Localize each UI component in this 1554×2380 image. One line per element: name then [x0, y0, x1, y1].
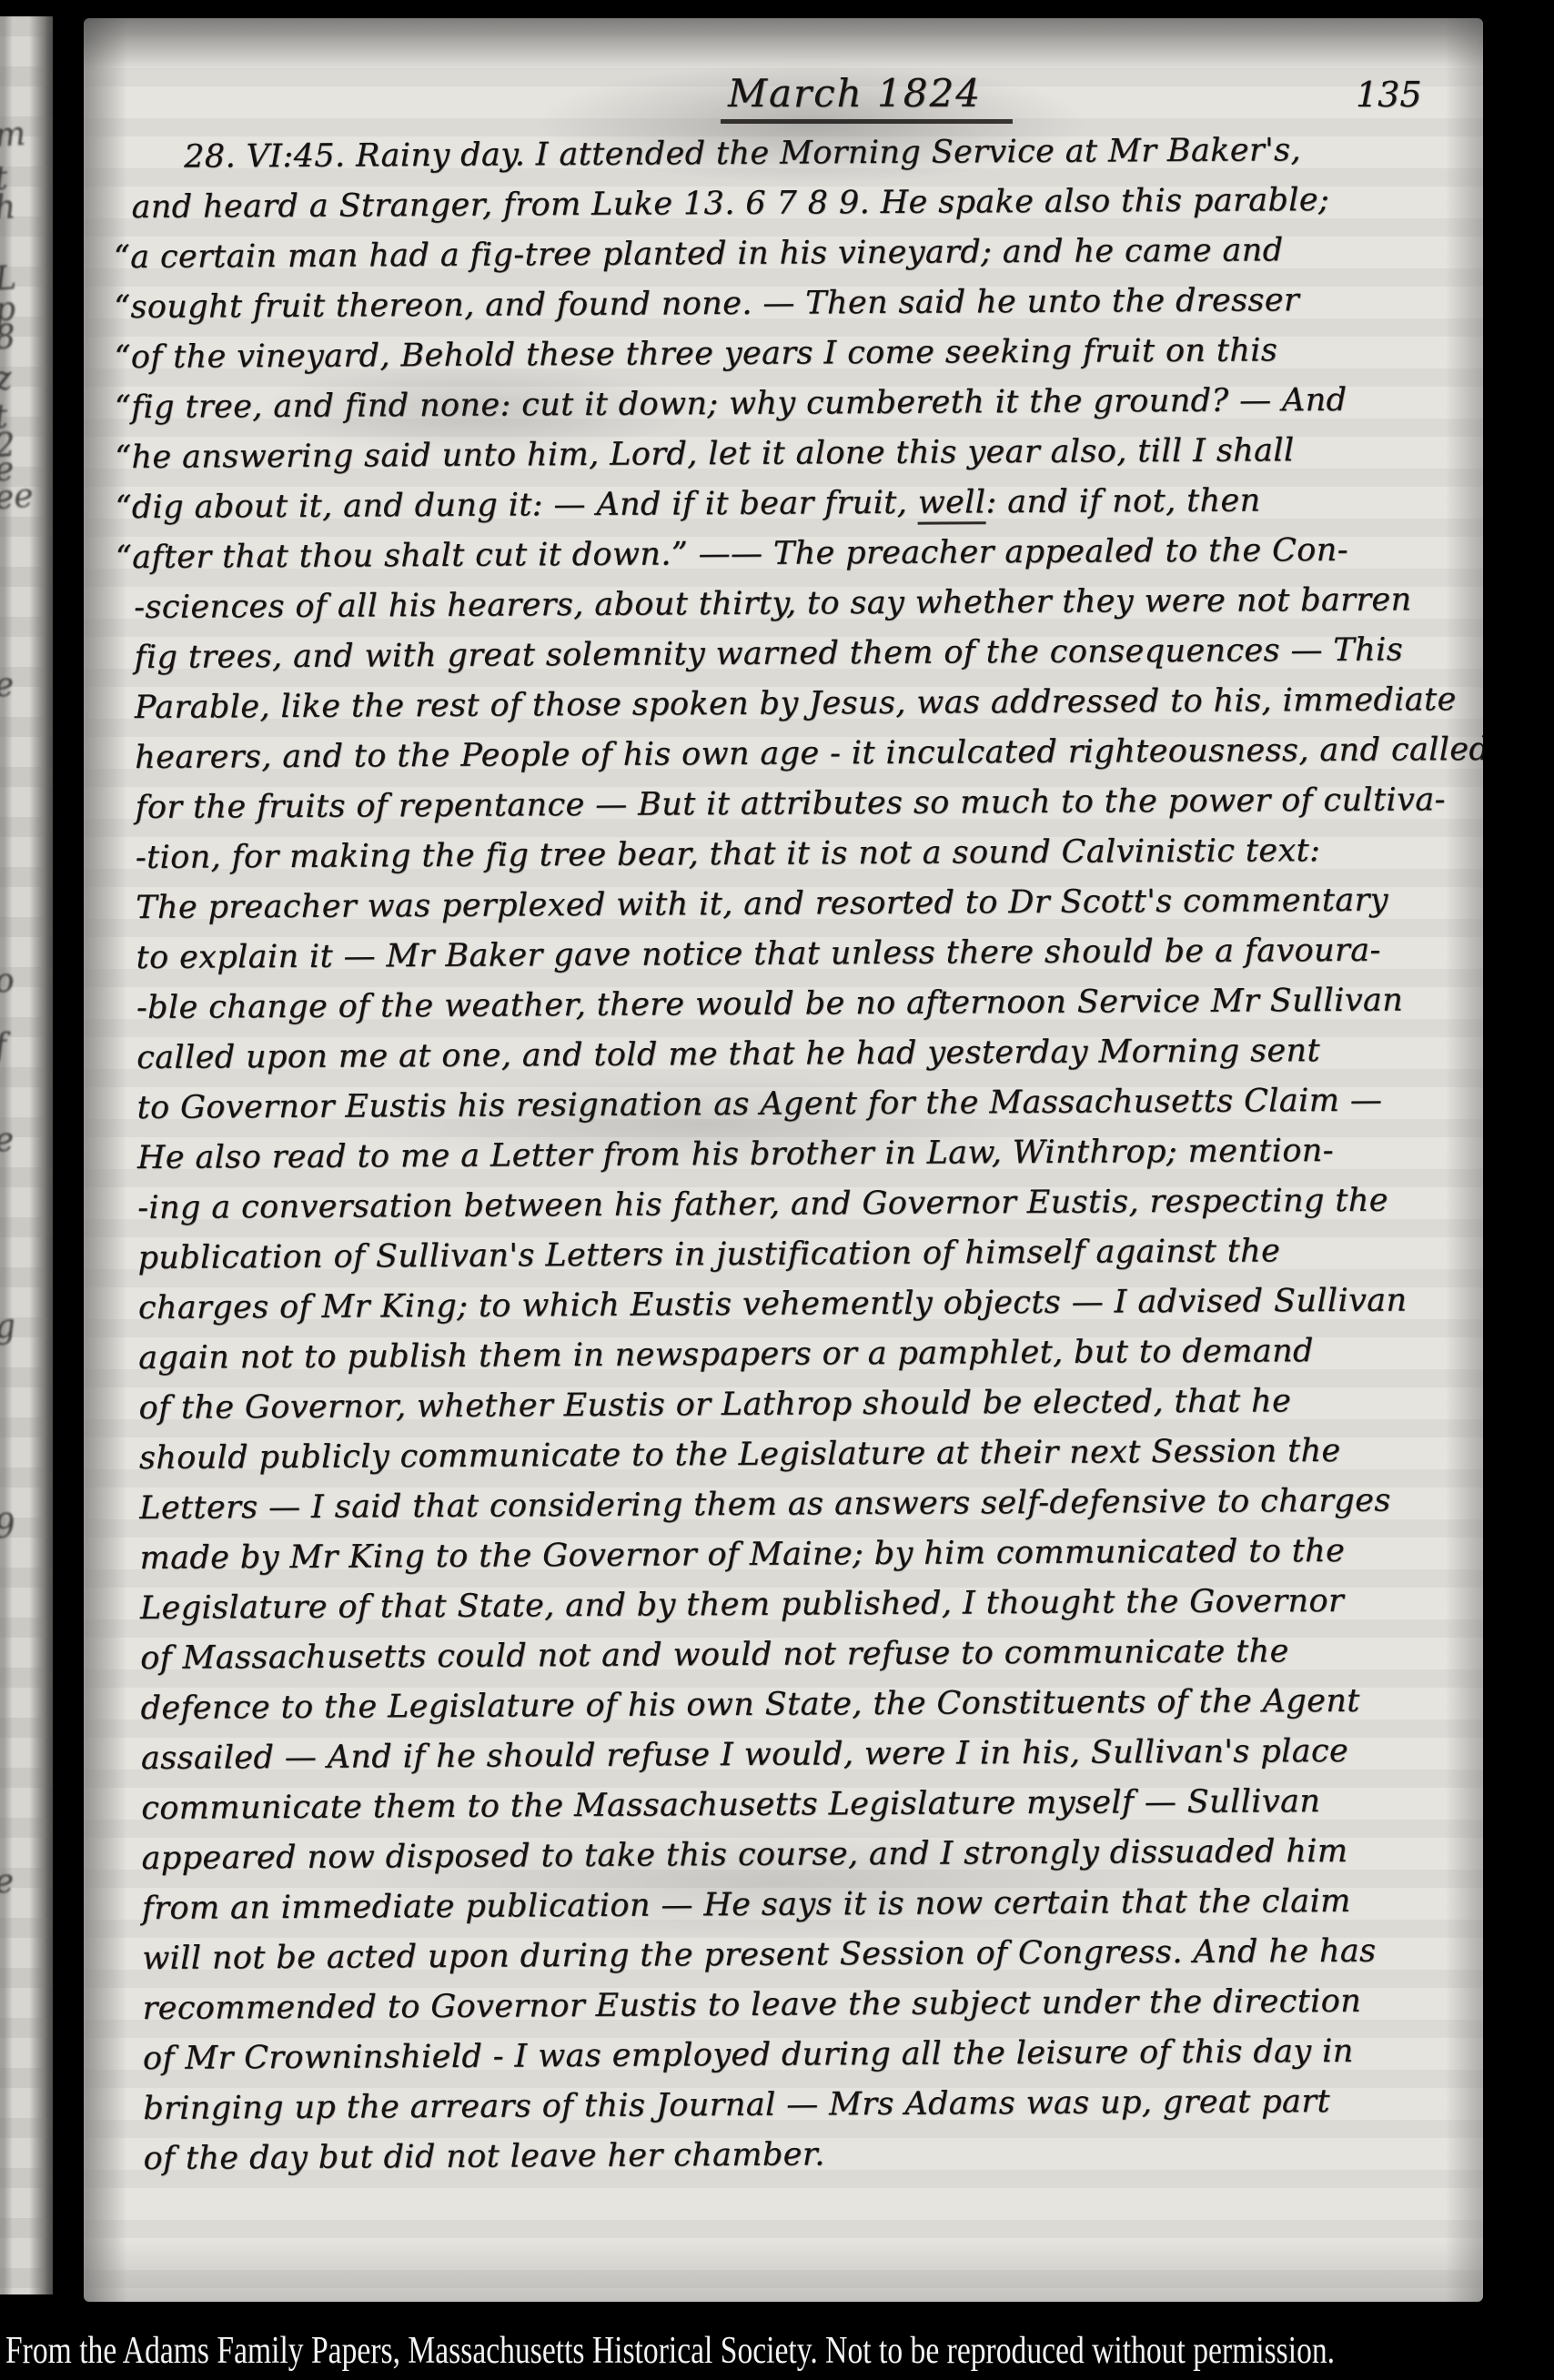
- ghost-handwriting-fragment: e: [0, 666, 15, 704]
- manuscript-line: “fig tree, and find none: cut it down; w…: [133, 375, 1479, 433]
- manuscript-line: of Mr Crowninshield - I was employed dur…: [143, 2026, 1483, 2084]
- manuscript-line: -sciences of all his hearers, about thir…: [134, 575, 1480, 633]
- ghost-handwriting-fragment: o: [0, 962, 15, 1000]
- manuscript-line: for the fruits of repentance — But it at…: [135, 775, 1481, 833]
- manuscript-line: Letters — I said that considering them a…: [139, 1476, 1483, 1534]
- manuscript-line: of the day but did not leave her chamber…: [143, 2126, 1483, 2184]
- ghost-handwriting-fragment: h: [0, 188, 17, 227]
- manuscript-line: to Governor Eustis his resignation as Ag…: [136, 1075, 1483, 1134]
- manuscript-line: “after that thou shalt cut it down.” —— …: [134, 525, 1480, 583]
- ghost-handwriting-fragment: 8: [0, 318, 16, 357]
- manuscript-line: He also read to me a Letter from his bro…: [137, 1125, 1483, 1184]
- manuscript-line: assailed — And if he should refuse I wou…: [141, 1726, 1483, 1784]
- manuscript-line: again not to publish them in newspapers …: [138, 1326, 1483, 1384]
- manuscript-line: The preacher was perplexed with it, and …: [136, 875, 1482, 933]
- underlined-word: well: [918, 484, 986, 524]
- ghost-handwriting-fragment: g: [0, 1307, 16, 1346]
- manuscript-line: charges of Mr King; to which Eustis vehe…: [138, 1276, 1483, 1334]
- manuscript-line: of the Governor, whether Eustis or Lathr…: [138, 1376, 1483, 1434]
- manuscript-line: should publicly communicate to the Legis…: [139, 1426, 1483, 1484]
- manuscript-line: -ing a conversation between his father, …: [137, 1175, 1483, 1234]
- manuscript-line: publication of Sullivan's Letters in jus…: [137, 1225, 1483, 1284]
- manuscript-line: hearers, and to the People of his own ag…: [135, 725, 1481, 783]
- manuscript-line: fig trees, and with great solemnity warn…: [134, 625, 1480, 683]
- manuscript-line: and heard a Stranger, from Luke 13. 6 7 …: [131, 175, 1478, 233]
- manuscript-line: “he answering said unto him, Lord, let i…: [133, 425, 1479, 483]
- ghost-handwriting-fragment: z: [0, 359, 13, 398]
- ghost-handwriting-fragment: e: [0, 1121, 15, 1159]
- manuscript-line: called upon me at one, and told me that …: [136, 1025, 1483, 1084]
- manuscript-line: appeared now disposed to take this cours…: [141, 1826, 1483, 1884]
- manuscript-line: “a certain man had a fig-tree planted in…: [132, 225, 1478, 283]
- ghost-handwriting-fragment: m: [0, 116, 27, 155]
- page-title: March 1824: [721, 71, 1013, 124]
- manuscript-line: defence to the Legislature of his own St…: [140, 1676, 1483, 1734]
- manuscript-line: of Massachusetts could not and would not…: [140, 1626, 1483, 1684]
- manuscript-line: -tion, for making the fig tree bear, tha…: [136, 825, 1482, 883]
- page-number: 135: [1356, 75, 1422, 115]
- ghost-handwriting-fragment: 9: [0, 1508, 16, 1546]
- manuscript-line: -ble change of the weather, there would …: [136, 975, 1483, 1034]
- scanned-diary-page: mthLp8zt2eeeeofeg9e March 1824 135 28. V…: [0, 0, 1554, 2380]
- manuscript-line: made by Mr King to the Governor of Maine…: [139, 1526, 1483, 1584]
- ghost-handwriting-fragment: ee: [0, 478, 35, 518]
- manuscript-line: to explain it — Mr Baker gave notice tha…: [136, 925, 1482, 983]
- manuscript-line: “sought fruit thereon, and found none. —…: [132, 275, 1478, 333]
- manuscript-text: 28. VI:45. Rainy day. I attended the Mor…: [131, 125, 1483, 2184]
- archive-caption: From the Adams Family Papers, Massachuse…: [5, 2329, 1388, 2373]
- manuscript-line: “of the vineyard, Behold these three yea…: [132, 325, 1478, 383]
- ghost-handwriting-fragment: f: [0, 1028, 8, 1066]
- manuscript-line: from an immediate publication — He says …: [142, 1876, 1483, 1934]
- manuscript-line: Parable, like the rest of those spoken b…: [135, 675, 1481, 733]
- manuscript-line: Legislature of that State, and by them p…: [140, 1576, 1483, 1634]
- manuscript-line: bringing up the arrears of this Journal …: [143, 2076, 1483, 2134]
- manuscript-line: recommended to Governor Eustis to leave …: [142, 1976, 1483, 2034]
- manuscript-page: March 1824 135 28. VI:45. Rainy day. I a…: [84, 18, 1483, 2302]
- manuscript-line: will not be acted upon during the presen…: [142, 1926, 1483, 1984]
- ghost-handwriting-fragment: e: [0, 1862, 15, 1901]
- manuscript-line: communicate them to the Massachusetts Le…: [141, 1776, 1483, 1834]
- manuscript-line: “dig about it, and dung it: — And if it …: [133, 475, 1479, 533]
- manuscript-line: 28. VI:45. Rainy day. I attended the Mor…: [131, 125, 1478, 183]
